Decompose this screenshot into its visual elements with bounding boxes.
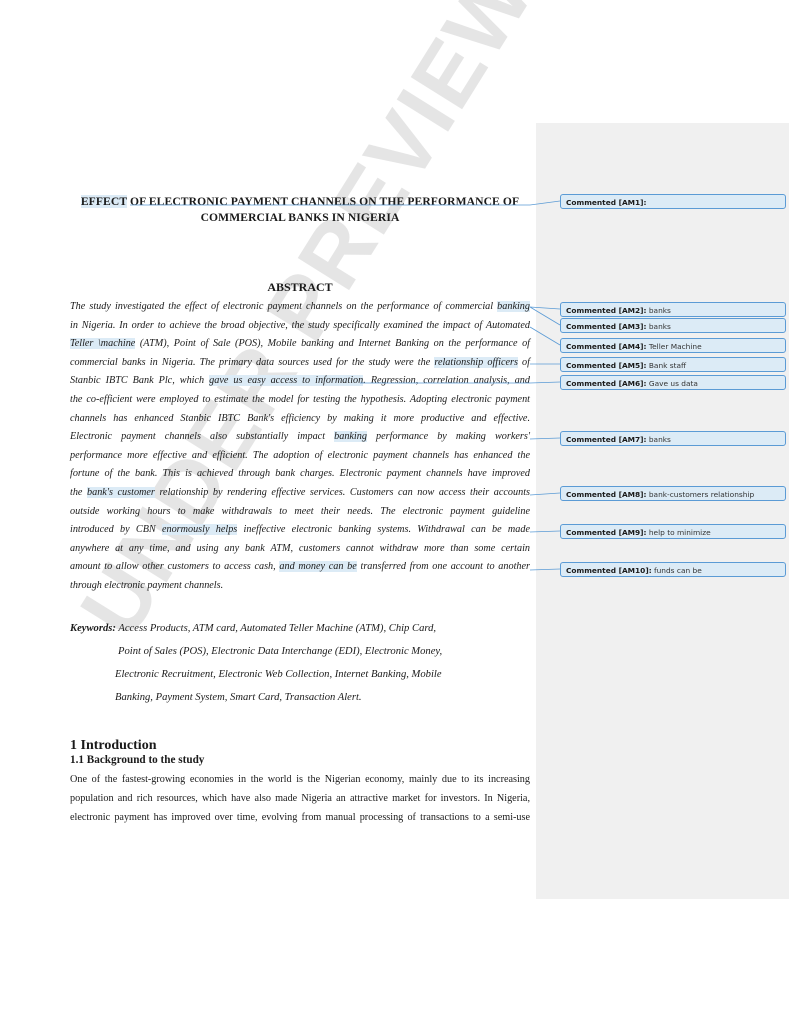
body-line: One of the fastest-growing economies in …	[70, 773, 530, 787]
comment-pane	[536, 123, 789, 899]
commented-text[interactable]: gave us easy access to information	[209, 375, 363, 386]
comment-author: Commented [AM7]:	[566, 435, 647, 444]
abstract-line: through electronic payment channels.	[70, 579, 530, 593]
commented-text[interactable]: and money can be	[279, 561, 356, 572]
keywords-line: Electronic Recruitment, Electronic Web C…	[115, 668, 442, 682]
commented-text[interactable]: Teller \machine	[70, 338, 135, 349]
comment-balloon[interactable]: Commented [AM5]: Bank staff	[560, 357, 786, 372]
document-title-line-1: EFFECT OF ELECTRONIC PAYMENT CHANNELS ON…	[70, 194, 530, 210]
comment-balloon[interactable]: Commented [AM8]: bank-customers relation…	[560, 486, 786, 501]
abstract-line: channels has enhanced Stanbic IBTC Bank'…	[70, 412, 530, 426]
comment-text: Gave us data	[647, 379, 698, 388]
comment-author: Commented [AM4]:	[566, 342, 647, 351]
abstract-line: Electronic payment channels also substan…	[70, 430, 530, 444]
comment-author: Commented [AM8]:	[566, 490, 647, 499]
section-heading: 1 Introduction	[70, 738, 156, 754]
commented-text[interactable]: banking	[334, 431, 367, 442]
comment-text: banks	[647, 435, 671, 444]
keywords-line: Keywords: Access Products, ATM card, Aut…	[70, 622, 436, 636]
comment-balloon[interactable]: Commented [AM9]: help to minimize	[560, 524, 786, 539]
abstract-line: commercial banks in Nigeria. The primary…	[70, 356, 530, 370]
comment-author: Commented [AM9]:	[566, 528, 647, 537]
body-line: electronic payment has improved over tim…	[70, 811, 530, 825]
comment-balloon[interactable]: Commented [AM2]: banks	[560, 302, 786, 317]
subsection-heading: 1.1 Background to the study	[70, 754, 204, 766]
commented-text[interactable]: bank's customer	[87, 487, 155, 498]
commented-text[interactable]: banking	[497, 301, 530, 312]
abstract-line: the co-efficient were employed to estima…	[70, 393, 530, 407]
comment-author: Commented [AM2]:	[566, 306, 647, 315]
abstract-line: fortune of the bank. This is achieved th…	[70, 467, 530, 481]
document-page: UNDER PREVIEW EFFECT OF ELECTRONIC PAYME…	[0, 0, 791, 1024]
abstract-line: performance more effective and efficient…	[70, 449, 530, 463]
abstract-line: amount to allow other customers to acces…	[70, 560, 530, 574]
body-line: population and rich resources, which hav…	[70, 792, 530, 806]
comment-author: Commented [AM3]:	[566, 322, 647, 331]
abstract-line: Stanbic IBTC Bank Plc, which gave us eas…	[70, 374, 530, 388]
commented-text[interactable]: enormously helps	[162, 524, 237, 535]
abstract-line: outside working hours to make withdrawal…	[70, 505, 530, 519]
abstract-line: anywhere at any time, and using any bank…	[70, 542, 530, 556]
comment-text: banks	[647, 322, 671, 331]
comment-text: Bank staff	[647, 361, 687, 370]
comment-balloon[interactable]: Commented [AM6]: Gave us data	[560, 375, 786, 390]
comment-balloon[interactable]: Commented [AM7]: banks	[560, 431, 786, 446]
comment-text: banks	[647, 306, 671, 315]
commented-text[interactable]: relationship officers	[434, 357, 518, 368]
comment-author: Commented [AM5]:	[566, 361, 647, 370]
abstract-line: in Nigeria. In order to achieve the broa…	[70, 319, 530, 333]
keywords-line: Banking, Payment System, Smart Card, Tra…	[115, 691, 362, 705]
abstract-heading: ABSTRACT	[70, 280, 530, 295]
comment-text: bank-customers relationship	[647, 490, 755, 499]
comment-text: Teller Machine	[647, 342, 702, 351]
comment-author: Commented [AM10]:	[566, 566, 652, 575]
comment-balloon[interactable]: Commented [AM1]:	[560, 194, 786, 209]
comment-author: Commented [AM6]:	[566, 379, 647, 388]
keywords-line: Point of Sales (POS), Electronic Data In…	[118, 645, 442, 659]
abstract-line: Teller \machine (ATM), Point of Sale (PO…	[70, 337, 530, 351]
comment-balloon[interactable]: Commented [AM4]: Teller Machine	[560, 338, 786, 353]
title-highlight[interactable]: EFFECT	[81, 195, 127, 208]
comment-author: Commented [AM1]:	[566, 198, 647, 207]
abstract-line: the bank's customer relationship by rend…	[70, 486, 530, 500]
comment-text: help to minimize	[647, 528, 711, 537]
abstract-line: introduced by CBN enormously helps ineff…	[70, 523, 530, 537]
comment-text: funds can be	[652, 566, 702, 575]
comment-balloon[interactable]: Commented [AM10]: funds can be	[560, 562, 786, 577]
abstract-line: The study investigated the effect of ele…	[70, 300, 530, 314]
comment-balloon[interactable]: Commented [AM3]: banks	[560, 318, 786, 333]
document-title-line-2: COMMERCIAL BANKS IN NIGERIA	[70, 210, 530, 226]
